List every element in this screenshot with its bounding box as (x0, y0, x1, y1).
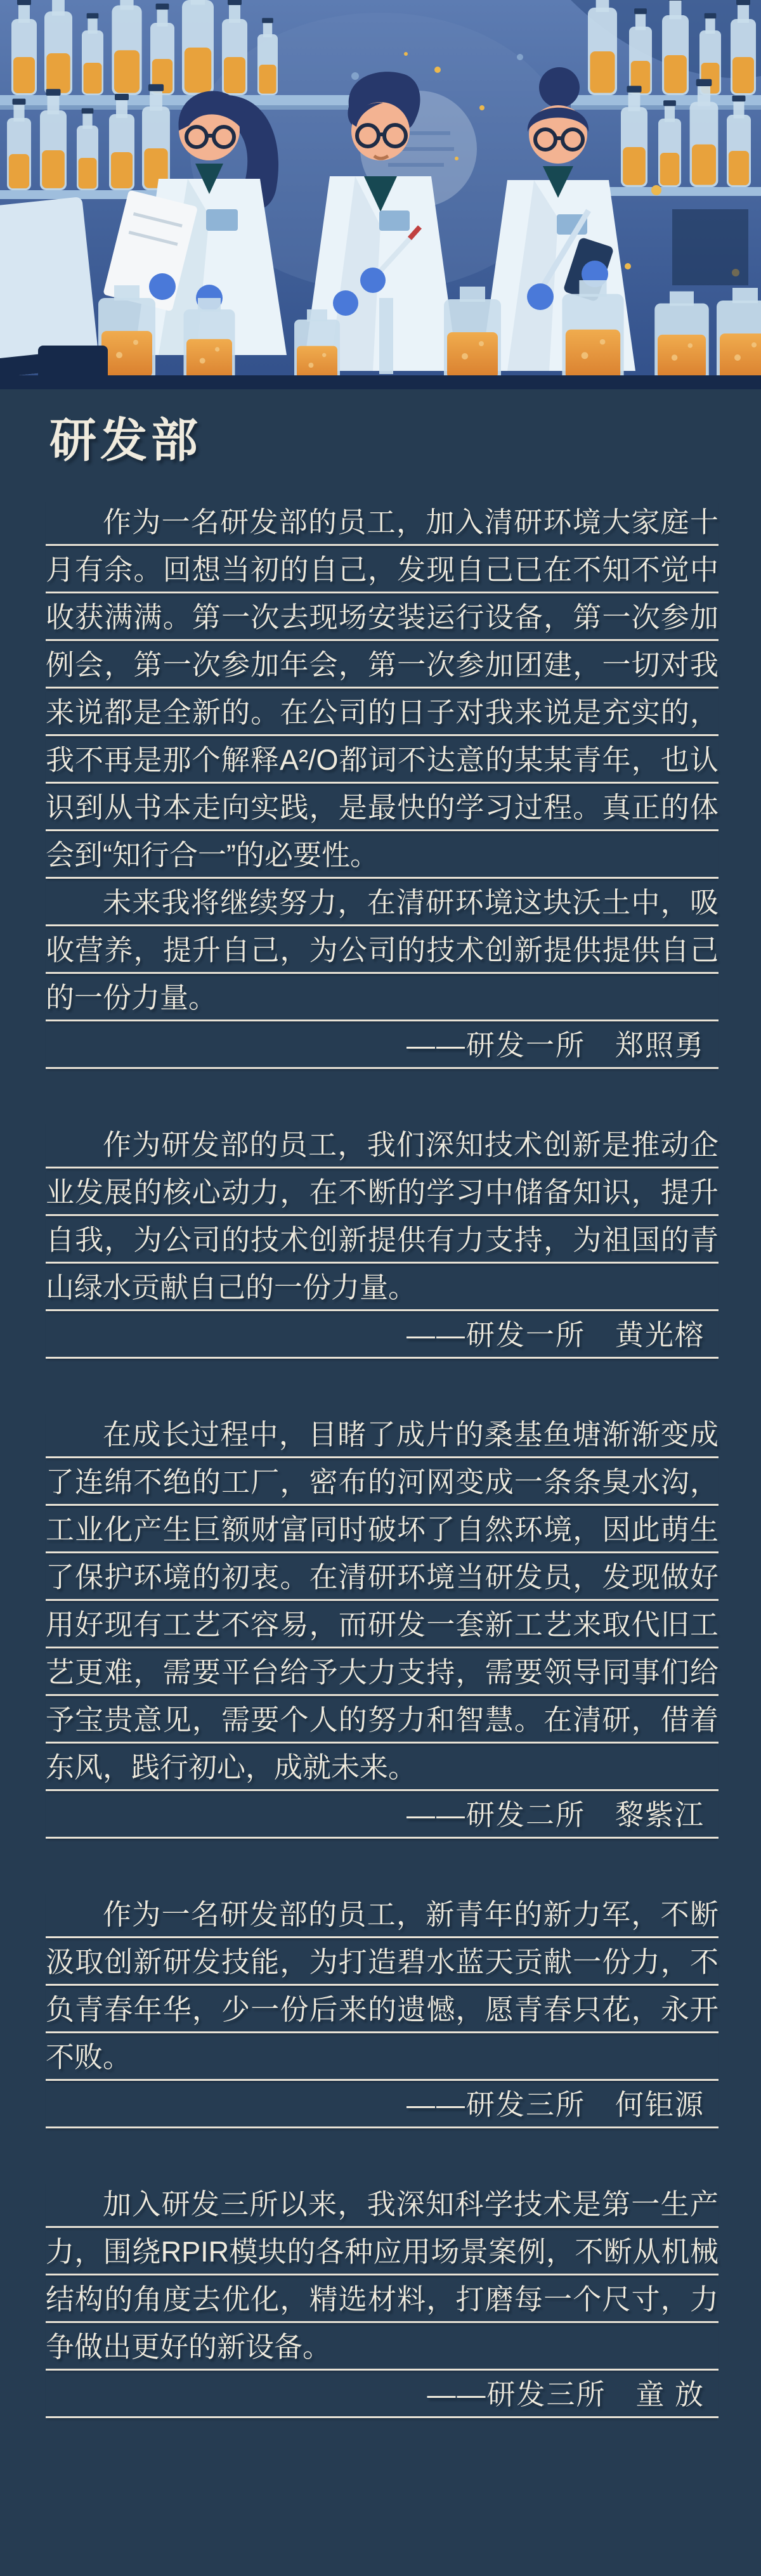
testimonial-signature: ——研发二所 黎紫江 (46, 1791, 719, 1839)
testimonial-line: 用好现有工艺不容易，而研发一套新工艺来取代旧工 (46, 1601, 719, 1648)
testimonials-list: 作为一名研发部的员工，加入清研环境大家庭十月有余。回想当初的自己，发现自己已在不… (46, 498, 719, 2418)
testimonial-line: 作为一名研发部的员工，新青年的新力军，不断 (46, 1891, 719, 1938)
testimonial-block: 作为一名研发部的员工，新青年的新力军，不断汲取创新研发技能，为打造碧水蓝天贡献一… (46, 1891, 719, 2128)
testimonial-line: 负青春年华，少一份后来的遗憾，愿青春只花，永开 (46, 1986, 719, 2033)
testimonial-line: 在成长过程中，目睹了成片的桑基鱼塘渐渐变成 (46, 1411, 719, 1458)
testimonial-line: 加入研发三所以来，我深知科学技术是第一生产 (46, 2180, 719, 2228)
testimonial-signature: ——研发一所 黄光榕 (46, 1311, 719, 1359)
page: { "page": { "colors": { "background": "#… (0, 0, 761, 2576)
testimonial-line: 月有余。回想当初的自己，发现自己已在不知不觉中 (46, 546, 719, 593)
testimonial-block: 作为一名研发部的员工，加入清研环境大家庭十月有余。回想当初的自己，发现自己已在不… (46, 498, 719, 1069)
testimonial-signature: ——研发三所 何钜源 (46, 2081, 719, 2128)
testimonial-line: 了连绵不绝的工厂，密布的河网变成一条条臭水沟， (46, 1458, 719, 1506)
testimonial-line: 来说都是全新的。在公司的日子对我来说是充实的， (46, 689, 719, 736)
testimonial-line: 作为研发部的员工，我们深知技术创新是推动企 (46, 1121, 719, 1168)
testimonial-line: 东风，践行初心，成就未来。 (46, 1744, 719, 1791)
testimonial-block: 在成长过程中，目睹了成片的桑基鱼塘渐渐变成了连绵不绝的工厂，密布的河网变成一条条… (46, 1411, 719, 1839)
testimonial-line: 收获满满。第一次去现场安装运行设备，第一次参加 (46, 593, 719, 641)
testimonial-line: 力，围绕RPIR模块的各种应用场景案例，不断从机械 (46, 2228, 719, 2275)
testimonial-line: 识到从书本走向实践，是最快的学习过程。真正的体 (46, 784, 719, 831)
testimonial-line: 未来我将继续努力，在清研环境这块沃土中，吸 (46, 879, 719, 926)
testimonial-line: 了保护环境的初衷。在清研环境当研发员，发现做好 (46, 1553, 719, 1601)
testimonial-line: 业发展的核心动力，在不断的学习中储备知识，提升 (46, 1168, 719, 1216)
testimonial-signature: ——研发一所 郑照勇 (46, 1021, 719, 1069)
testimonial-line: 结构的角度去优化，精选材料，打磨每一个尺寸，力 (46, 2275, 719, 2323)
testimonial-line: 争做出更好的新设备。 (46, 2323, 719, 2371)
testimonial-signature: ——研发三所 童 放 (46, 2371, 719, 2418)
testimonial-line: 会到“知行合一”的必要性。 (46, 831, 719, 879)
lab-scientists-illustration (0, 0, 761, 389)
testimonial-line: 例会，第一次参加年会，第一次参加团建，一切对我 (46, 641, 719, 689)
testimonial-line: 山绿水贡献自己的一份力量。 (46, 1264, 719, 1311)
testimonial-line: 的一份力量。 (46, 974, 719, 1021)
testimonial-line: 艺更难，需要平台给予大力支持，需要领导同事们给 (46, 1648, 719, 1696)
testimonial-line: 自我，为公司的技术创新提供有力支持，为祖国的青 (46, 1216, 719, 1264)
page-title: 研发部 (49, 416, 719, 467)
testimonial-line: 不败。 (46, 2033, 719, 2081)
testimonial-line: 我不再是那个解释A²/O都词不达意的某某青年，也认 (46, 736, 719, 784)
testimonial-line: 工业化产生巨额财富同时破坏了自然环境，因此萌生 (46, 1506, 719, 1553)
testimonial-line: 作为一名研发部的员工，加入清研环境大家庭十 (46, 498, 719, 546)
content: 研发部 作为一名研发部的员工，加入清研环境大家庭十月有余。回想当初的自己，发现自… (0, 416, 761, 2418)
testimonial-block: 作为研发部的员工，我们深知技术创新是推动企业发展的核心动力，在不断的学习中储备知… (46, 1121, 719, 1359)
testimonial-block: 加入研发三所以来，我深知科学技术是第一生产力，围绕RPIR模块的各种应用场景案例… (46, 2180, 719, 2418)
testimonial-line: 汲取创新研发技能，为打造碧水蓝天贡献一份力，不 (46, 1938, 719, 1986)
testimonial-line: 予宝贵意见，需要个人的努力和智慧。在清研，借着 (46, 1696, 719, 1744)
testimonial-line: 收营养，提升自己，为公司的技术创新提供提供自己 (46, 926, 719, 974)
